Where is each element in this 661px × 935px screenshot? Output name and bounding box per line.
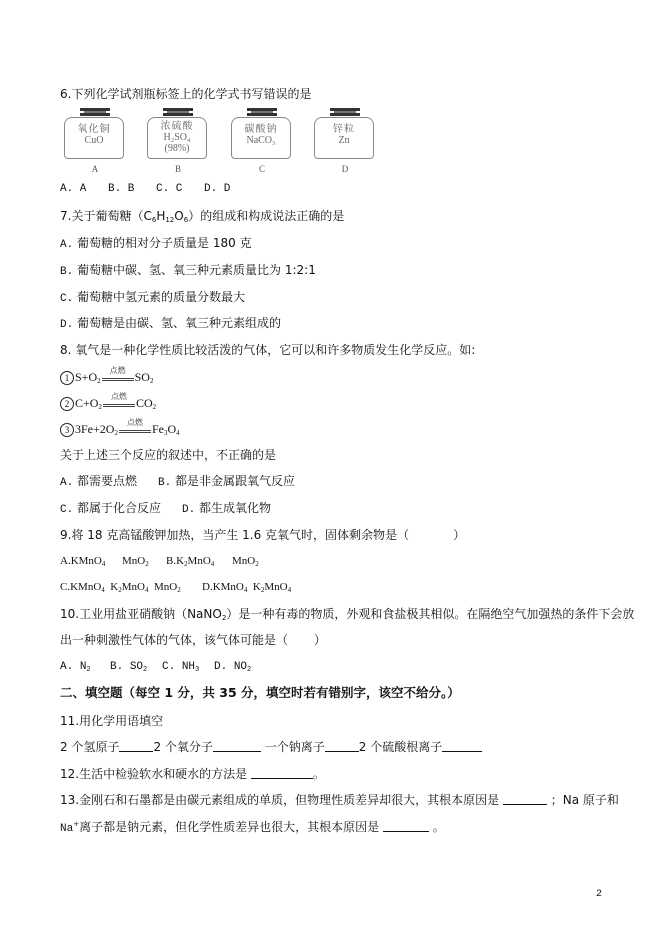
reaction-condition: 点燃: [102, 394, 136, 410]
q9-option-b[interactable]: B.K2MnO4: [166, 553, 232, 569]
bottle-letter: A: [60, 164, 130, 174]
bottle-label-formula: CuO: [65, 135, 123, 146]
page-number: 2: [596, 889, 602, 900]
q11-blanks: 2 个氢原子2 个氧分子 一个钠离子2 个硫酸根离子: [60, 739, 482, 755]
q8-option-d[interactable]: D. 都生成氧化物: [182, 500, 271, 518]
circled-number: 3: [60, 423, 74, 437]
blank-input[interactable]: [213, 739, 261, 752]
q10-option-c[interactable]: C. NH3: [162, 659, 214, 675]
bottle-c: 碳酸钠 NaCO₃ C: [227, 107, 297, 177]
bottle-d: 锌粒 Zn D: [310, 107, 380, 177]
q7-stem: 7.关于葡萄糖（C6H12O6）的组成和构成说法正确的是: [60, 208, 344, 224]
q8-options-row-2: C. 都属于化合反应D. 都生成氧化物: [60, 500, 271, 518]
q8-option-b[interactable]: B. 都是非金属跟氧气反应: [158, 473, 295, 491]
q8-reaction-3: 33Fe+2O2点燃Fe3O4: [60, 420, 180, 437]
q8-option-c[interactable]: C. 都属于化合反应: [60, 500, 182, 518]
q9-options-row-1: A.KMnO4MnO2B.K2MnO4MnO2: [60, 553, 259, 569]
q7-option-d[interactable]: D. 葡萄糖是由碳、氢、氧三种元素组成的: [60, 315, 281, 333]
bottle-label-formula: NaCO₃: [232, 135, 290, 146]
q7-option-a[interactable]: A. 葡萄糖的相对分子质量是 180 克: [60, 235, 252, 253]
q6-option-b[interactable]: B. B: [108, 181, 156, 197]
q10-stem-line2: 出一种刺激性气体的气体，该气体可能是（）: [60, 632, 326, 648]
q11-stem: 11.用化学用语填空: [60, 713, 163, 729]
q9-stem: 9.将 18 克高锰酸钾加热，当产生 1.6 克氧气时，固体剩余物是（）: [60, 527, 465, 543]
q12-stem: 12.生活中检验软水和硬水的方法是 。: [60, 766, 325, 782]
q13-line1: 13.金刚石和石墨都是由碳元素组成的单质，但物理性质差异却很大，其根本原因是 ；…: [60, 792, 619, 808]
q6-stem: 6.下列化学试剂瓶标签上的化学式书写错误的是: [60, 86, 311, 102]
q10-options: A. N2B. SO2C. NH3D. NO2: [60, 659, 251, 675]
blank-input[interactable]: [119, 739, 153, 752]
section-heading: 二、填空题（每空 1 分，共 35 分，填空时若有错别字，该空不给分。）: [60, 685, 460, 701]
blank-input[interactable]: [325, 739, 359, 752]
q10-option-b[interactable]: B. SO2: [110, 659, 162, 675]
q9-option-c[interactable]: C.KMnO4 K2MnO4 MnO2: [60, 579, 202, 595]
reaction-condition: 点燃: [118, 420, 152, 436]
q10-stem-line1: 10.工业用盐亚硝酸钠（NaNO2）是一种有毒的物质，外观和食盐极其相似。在隔绝…: [60, 606, 634, 622]
q9-options-row-2: C.KMnO4 K2MnO4 MnO2D.KMnO4 K2MnO4: [60, 579, 291, 595]
blank-input[interactable]: [251, 766, 313, 779]
circled-number: 2: [60, 397, 74, 411]
q8-reaction-1: 1S+O2点燃SO2: [60, 368, 153, 385]
bottle-label-extra: (98%): [148, 143, 206, 154]
bottle-letter: D: [310, 164, 380, 174]
bottle-label-name: 碳酸钠: [232, 124, 290, 135]
bottle-letter: C: [227, 164, 297, 174]
q7-option-b[interactable]: B. 葡萄糖中碳、氢、氧三种元素质量比为 1:2:1: [60, 262, 316, 280]
q8-options-row-1: A. 都需要点燃B. 都是非金属跟氧气反应: [60, 473, 295, 491]
q9-option-d[interactable]: D.KMnO4 K2MnO4: [202, 579, 291, 595]
blank-input[interactable]: [442, 739, 482, 752]
bottle-letter: B: [143, 164, 213, 174]
q6-option-a[interactable]: A. A: [60, 181, 108, 197]
q7-option-c[interactable]: C. 葡萄糖中氢元素的质量分数最大: [60, 289, 245, 307]
q6-option-d[interactable]: D. D: [204, 181, 230, 197]
q6-bottle-figure: 氧化铜 CuO A 浓硫酸 H₂SO₄ (98%) B 碳酸钠 NaCO₃ C …: [60, 107, 380, 177]
bottle-label-name: 锌粒: [315, 124, 373, 135]
bottle-label-name: 浓硫酸: [148, 121, 206, 132]
q10-option-a[interactable]: A. N2: [60, 659, 110, 675]
bottle-label-formula: Zn: [315, 135, 373, 146]
q9-option-a[interactable]: A.KMnO4: [60, 553, 122, 569]
bottle-a: 氧化铜 CuO A: [60, 107, 130, 177]
q10-option-d[interactable]: D. NO2: [214, 659, 251, 675]
q8-question: 关于上述三个反应的叙述中，不正确的是: [60, 447, 276, 463]
q6-options: A. AB. BC. CD. D: [60, 181, 230, 197]
bottle-b: 浓硫酸 H₂SO₄ (98%) B: [143, 107, 213, 177]
reaction-condition: 点燃: [101, 368, 135, 384]
q8-option-a[interactable]: A. 都需要点燃: [60, 473, 158, 491]
q8-stem: 8. 氧气是一种化学性质比较活泼的气体，它可以和许多物质发生化学反应。如:: [60, 342, 475, 358]
q6-option-c[interactable]: C. C: [156, 181, 204, 197]
blank-input[interactable]: [383, 819, 429, 832]
bottle-label-formula: H₂SO₄: [148, 132, 206, 143]
bottle-label-name: 氧化铜: [65, 124, 123, 135]
circled-number: 1: [60, 371, 74, 385]
blank-input[interactable]: [503, 792, 547, 805]
q13-line2: Na+离子都是钠元素，但化学性质差异也很大，其根本原因是 。: [60, 819, 445, 837]
q8-reaction-2: 2C+O2点燃CO2: [60, 394, 156, 411]
